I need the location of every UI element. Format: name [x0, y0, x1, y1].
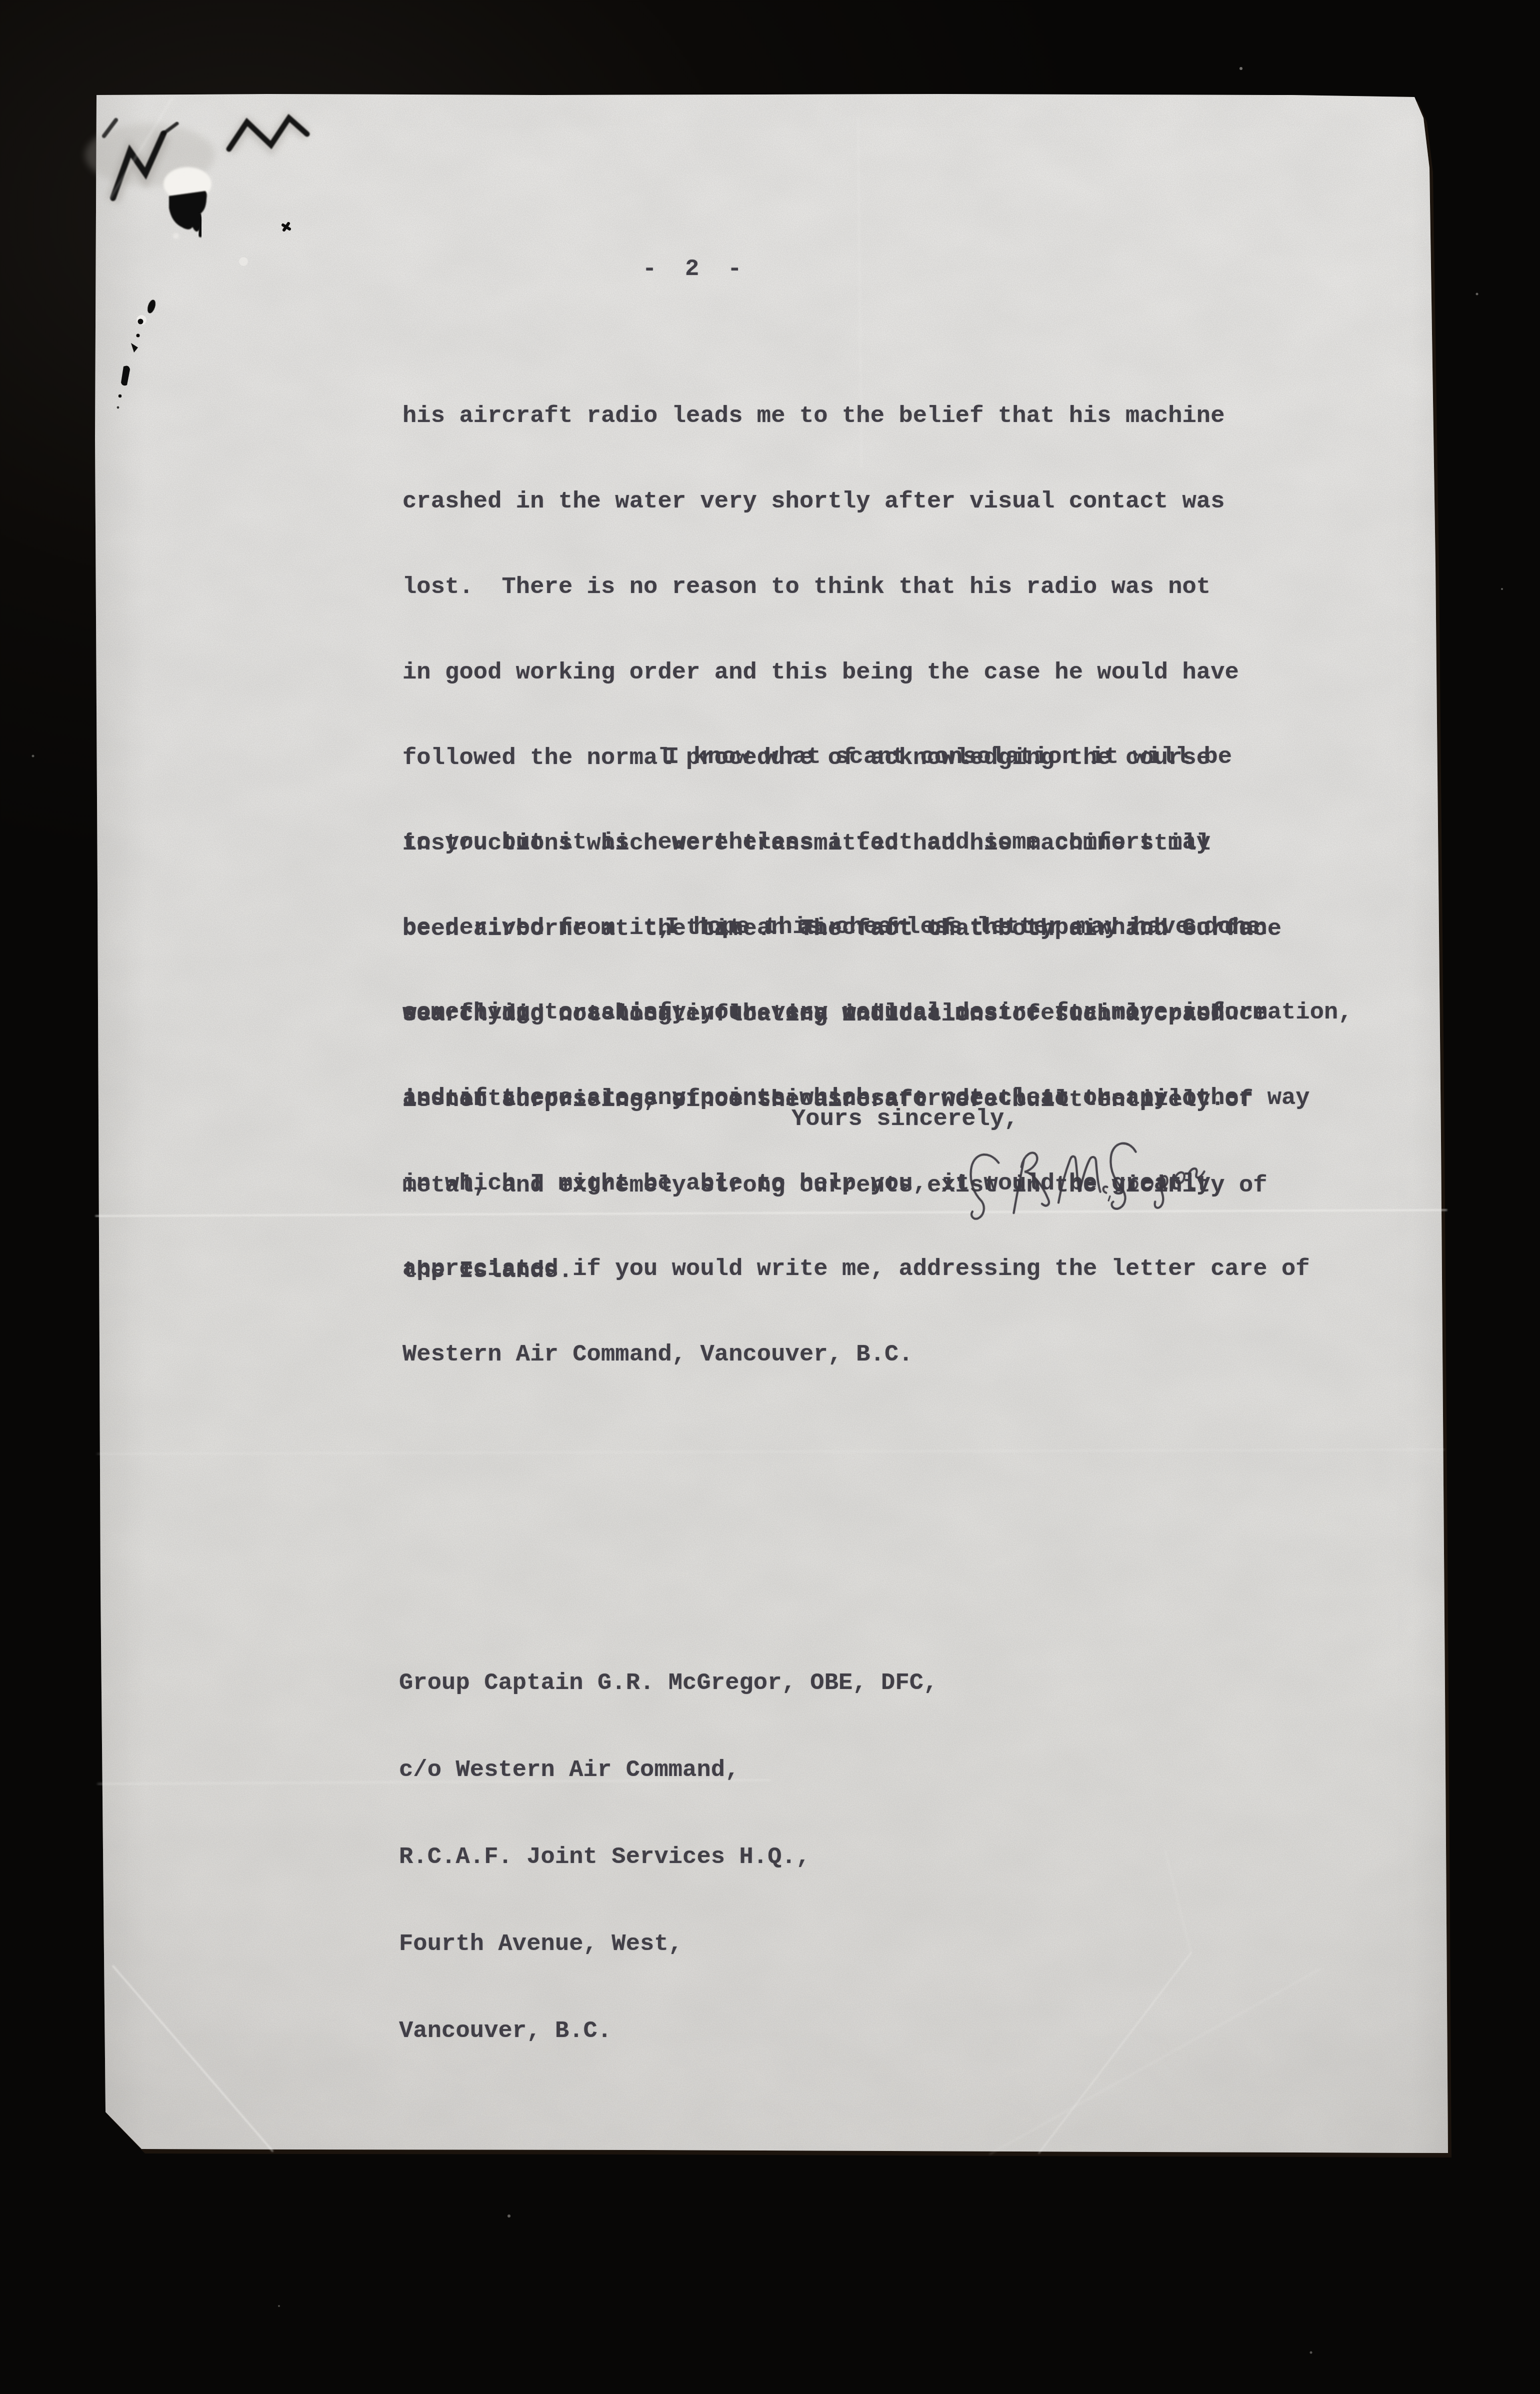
address-line: Vancouver, B.C. [399, 2017, 937, 2046]
address-line: Fourth Avenue, West, [399, 1930, 937, 1959]
recipient-address-block: Group Captain G.R. McGregor, OBE, DFC, c… [399, 1611, 937, 2104]
typed-line: I know what scant consolation it will be [402, 743, 1267, 771]
typed-line: crashed in the water very shortly after … [402, 487, 1281, 516]
typed-line: Western Air Command, Vancouver, B.C. [402, 1340, 1352, 1369]
typed-line: lost. There is no reason to think that h… [402, 573, 1281, 601]
typed-line: something to satisfy your very natural d… [402, 998, 1352, 1027]
typed-line: in which I might be able to help you, it… [402, 1169, 1352, 1198]
scan-background: - 2 - his aircraft radio leads me to the… [0, 0, 1540, 2394]
address-line: Group Captain G.R. McGregor, OBE, DFC, [399, 1669, 937, 1698]
typed-line: in good working order and this being the… [402, 658, 1281, 687]
page-number: - 2 - [642, 255, 741, 283]
typed-line: I hope this cheerless letter may have do… [402, 913, 1352, 941]
valediction: Yours sincerely, [791, 1105, 1018, 1133]
typed-line: his aircraft radio leads me to the belie… [402, 402, 1281, 430]
paragraph-3: I hope this cheerless letter may have do… [402, 856, 1352, 1426]
typed-line: to you but it is nevertheless a fact and… [402, 828, 1267, 857]
typed-line: appreciated if you would write me, addre… [402, 1255, 1352, 1283]
address-line: R.C.A.F. Joint Services H.Q., [399, 1843, 937, 1872]
address-line: c/o Western Air Command, [399, 1756, 937, 1785]
